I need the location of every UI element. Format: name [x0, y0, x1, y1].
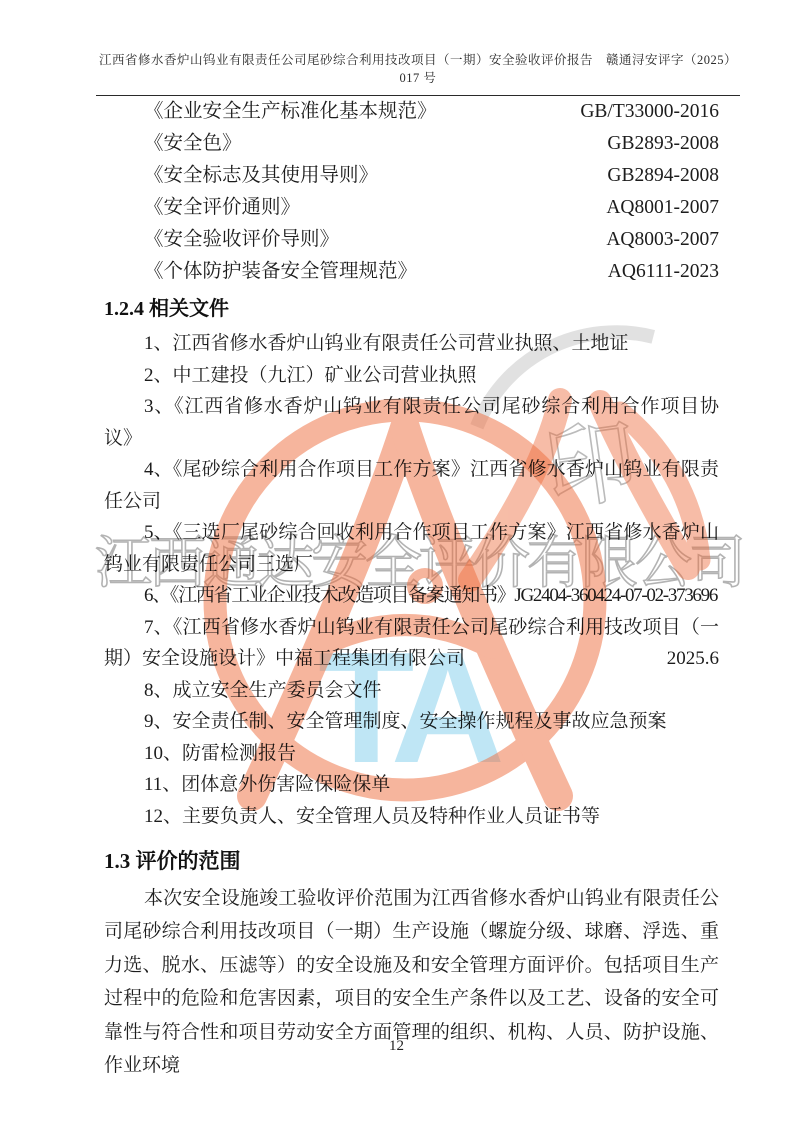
standard-row: 《安全评价通则》 AQ8001-2007	[104, 192, 719, 224]
list-item: 6、《江西省工业企业技术改造项目备案通知书》JG2404-360424-07-0…	[104, 580, 719, 612]
standard-code: AQ8001-2007	[606, 192, 719, 224]
standard-row: 《安全色》 GB2893-2008	[104, 128, 719, 160]
standard-name: 《安全验收评价导则》	[104, 224, 339, 256]
standard-name: 《安全评价通则》	[104, 192, 300, 224]
standard-name: 《个体防护装备安全管理规范》	[104, 256, 417, 288]
list-item: 5、《三选厂尾砂综合回收利用合作项目工作方案》江西省修水香炉山钨业有限责任公司三…	[104, 517, 719, 580]
standard-code: GB2894-2008	[607, 160, 719, 192]
list-item: 1、江西省修水香炉山钨业有限责任公司营业执照、土地证	[104, 328, 719, 360]
section-heading-1-2-4: 1.2.4 相关文件	[104, 294, 719, 324]
list-item: 10、防雷检测报告	[104, 738, 719, 770]
list-item-text: 7、《江西省修水香炉山钨业有限责任公司尾砂综合利用技改项目（一期）安全设施设计》…	[104, 617, 719, 670]
list-item: 7、《江西省修水香炉山钨业有限责任公司尾砂综合利用技改项目（一期）安全设施设计》…	[104, 612, 719, 675]
standard-code: AQ8003-2007	[606, 224, 719, 256]
list-item: 11、团体意外伤害险保险保单	[104, 769, 719, 801]
standards-list: 《企业安全生产标准化基本规范》 GB/T33000-2016 《安全色》 GB2…	[104, 96, 719, 288]
standard-code: GB2893-2008	[607, 128, 719, 160]
standard-code: AQ6111-2023	[608, 256, 719, 288]
list-item: 4、《尾砂综合利用合作项目工作方案》江西省修水香炉山钨业有限责任公司	[104, 454, 719, 517]
standard-code: GB/T33000-2016	[580, 96, 719, 128]
standard-row: 《企业安全生产标准化基本规范》 GB/T33000-2016	[104, 96, 719, 128]
standard-name: 《安全标志及其使用导则》	[104, 160, 378, 192]
standard-name: 《企业安全生产标准化基本规范》	[104, 96, 437, 128]
list-item: 9、安全责任制、安全管理制度、安全操作规程及事故应急预案	[104, 706, 719, 738]
standard-row: 《安全标志及其使用导则》 GB2894-2008	[104, 160, 719, 192]
standard-name: 《安全色》	[104, 128, 242, 160]
list-item: 8、成立安全生产委员会文件	[104, 675, 719, 707]
page-header: 江西省修水香炉山钨业有限责任公司尾砂综合利用技改项目（一期）安全验收评价报告 赣…	[96, 50, 740, 96]
related-files-list: 1、江西省修水香炉山钨业有限责任公司营业执照、土地证 2、中工建投（九江）矿业公…	[104, 328, 719, 832]
page-header-title: 江西省修水香炉山钨业有限责任公司尾砂综合利用技改项目（一期）安全验收评价报告 赣…	[99, 53, 737, 85]
document-page: 江西省修水香炉山钨业有限责任公司尾砂综合利用技改项目（一期）安全验收评价报告 赣…	[0, 0, 793, 1122]
standard-row: 《个体防护装备安全管理规范》 AQ6111-2023	[104, 256, 719, 288]
section-heading-1-3: 1.3 评价的范围	[104, 846, 719, 876]
list-item: 2、中工建投（九江）矿业公司营业执照	[104, 360, 719, 392]
list-item-date: 2025.6	[667, 643, 719, 675]
standard-row: 《安全验收评价导则》 AQ8003-2007	[104, 224, 719, 256]
list-item: 12、主要负责人、安全管理人员及特种作业人员证书等	[104, 801, 719, 833]
page-number: 12	[0, 1038, 793, 1055]
list-item: 3、《江西省修水香炉山钨业有限责任公司尾砂综合利用合作项目协议》	[104, 391, 719, 454]
document-content: 《企业安全生产标准化基本规范》 GB/T33000-2016 《安全色》 GB2…	[104, 96, 719, 1082]
